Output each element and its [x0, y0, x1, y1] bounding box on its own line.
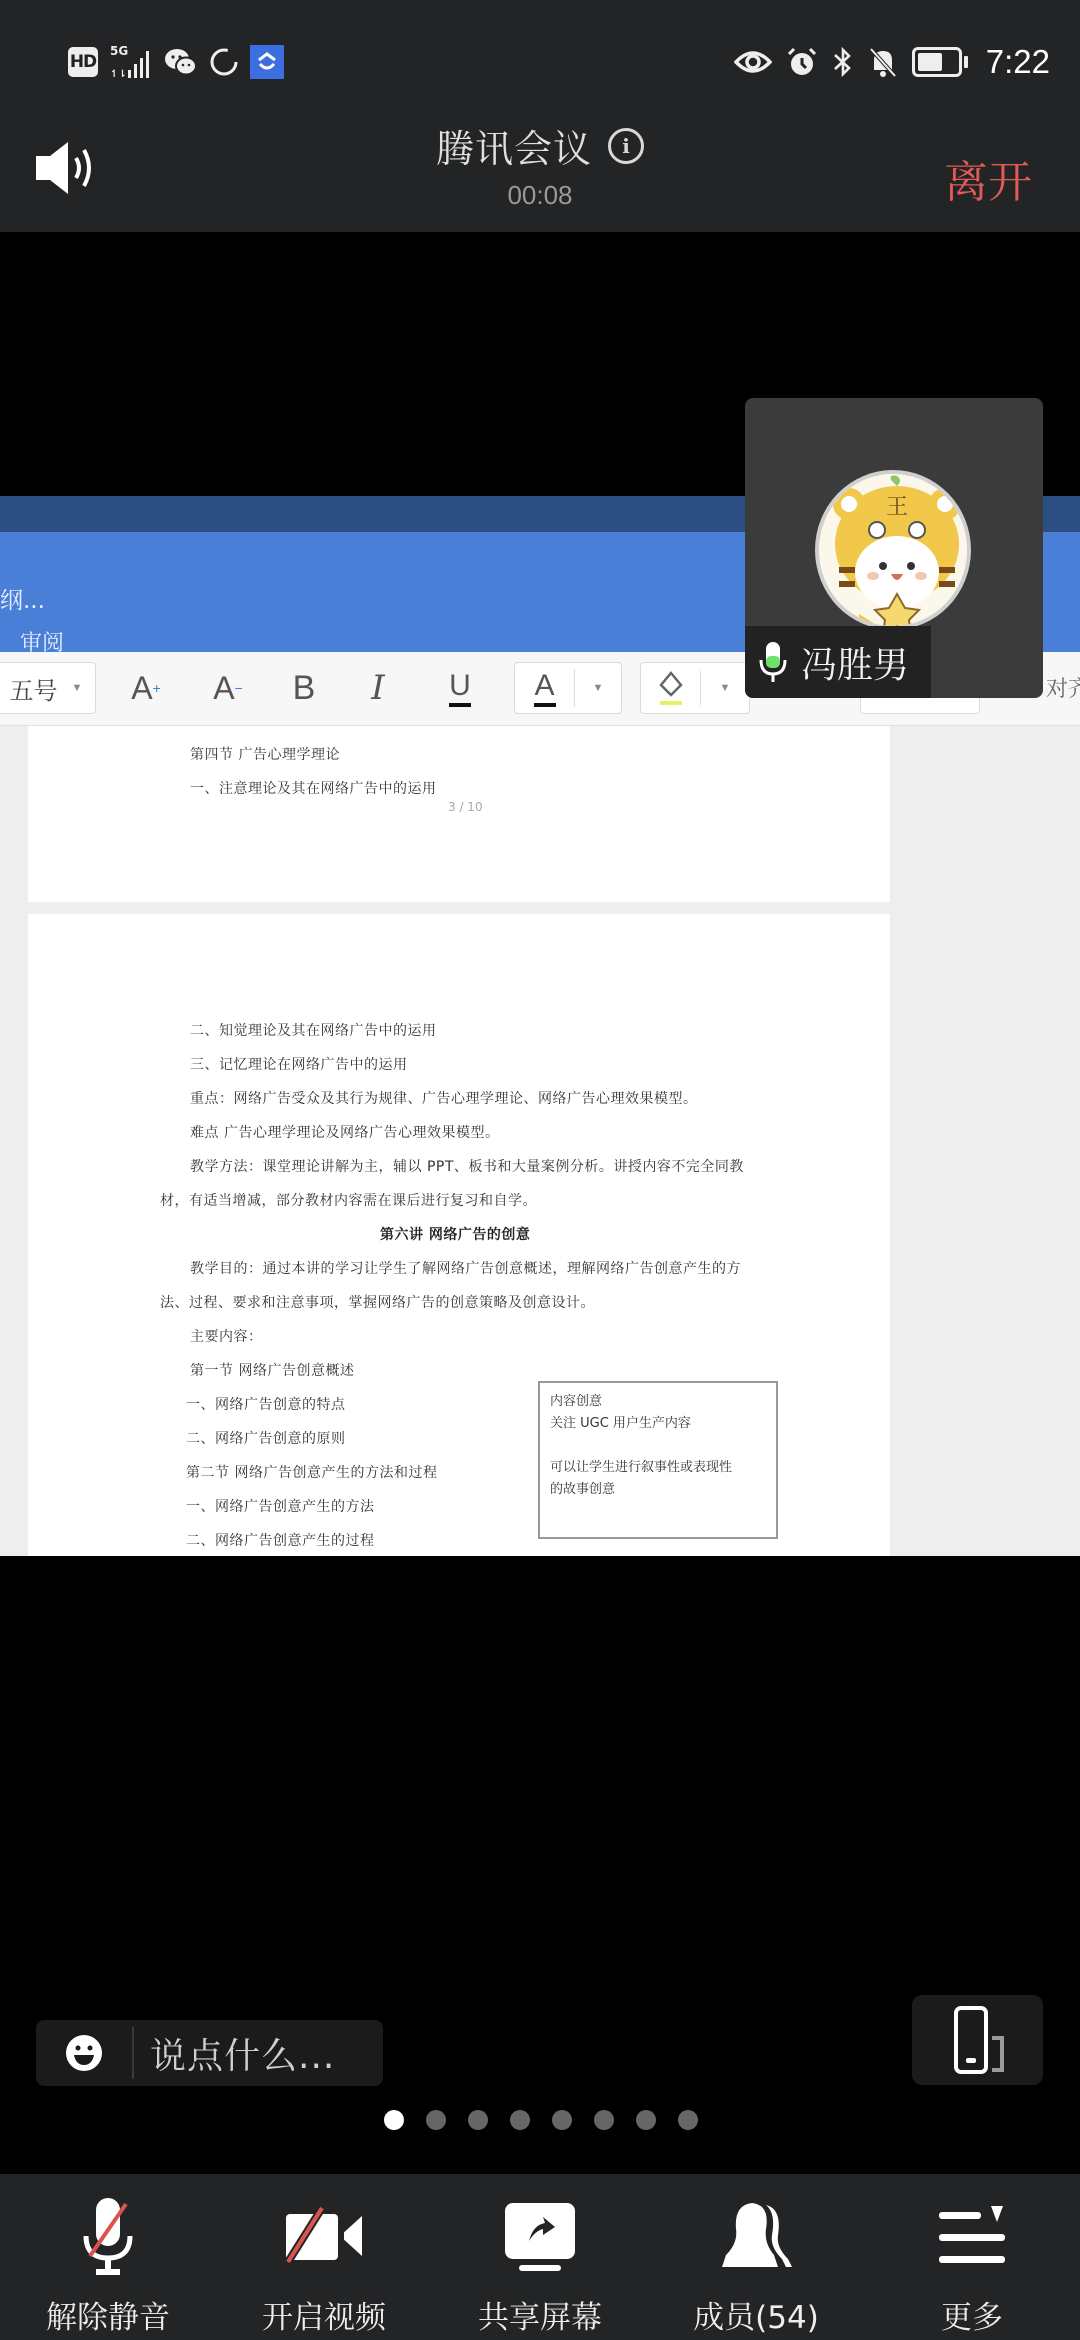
font-size-select: 五号 ▼: [0, 662, 96, 714]
doc-line: 主要内容：: [190, 1326, 263, 1346]
chat-input[interactable]: 说点什么...: [36, 2020, 383, 2086]
doc-line: 材，有适当增减，部分教材内容需在课后进行复习和自学。: [160, 1190, 537, 1210]
avatar: 王: [815, 470, 971, 630]
meeting-title-group: 腾讯会议 i: [0, 118, 1080, 173]
tiger-avatar-icon: 王: [819, 474, 971, 630]
page-dot[interactable]: [510, 2110, 530, 2130]
info-icon[interactable]: i: [608, 128, 644, 164]
svg-text:王: 王: [886, 495, 908, 520]
participant-name: 冯胜男: [801, 637, 909, 688]
doc-line: 一、网络广告创意产生的方法: [186, 1496, 375, 1516]
meeting-timer: 00:08: [0, 180, 1080, 211]
rotate-screen-icon: [940, 2002, 1016, 2078]
top-header: HD 5G ↿⇂: [0, 0, 1080, 232]
italic-icon: I: [364, 662, 392, 714]
bold-icon: B: [288, 662, 320, 714]
comment-line: 的故事创意: [550, 1479, 766, 1501]
participant-tile[interactable]: 王 冯胜男: [745, 398, 1043, 698]
bluetooth-icon: [832, 46, 854, 78]
doc-line: 二、网络广告创意的原则: [186, 1428, 346, 1448]
unmute-label: 解除静音: [46, 2292, 170, 2337]
mic-level-icon: [759, 640, 787, 684]
sync-app-icon: [250, 45, 284, 79]
network-type: 5G: [110, 44, 128, 58]
page-dot[interactable]: [552, 2110, 572, 2130]
eye-icon: [734, 47, 772, 77]
page-indicator: [384, 2110, 698, 2130]
bottom-toolbar: 解除静音 开启视频 共享屏幕: [0, 2174, 1080, 2340]
page-number: 3 / 10: [448, 800, 483, 814]
members-button[interactable]: 成员(54): [648, 2174, 864, 2340]
increase-font-icon: A+: [126, 662, 166, 714]
share-screen-button[interactable]: 共享屏幕: [432, 2174, 648, 2340]
highlight-icon: [641, 671, 701, 705]
page-dot[interactable]: [384, 2110, 404, 2130]
alarm-icon: [786, 46, 818, 78]
comment-line: 可以让学生进行叙事性或表现性: [550, 1457, 766, 1479]
doc-line: 教学目的：通过本讲的学习让学生了解网络广告创意概述，理解网络广告创意产生的方: [190, 1258, 741, 1278]
page-dot[interactable]: [678, 2110, 698, 2130]
chevron-down-icon: ▼: [72, 682, 83, 694]
doc-line: 第二节 网络广告创意产生的方法和过程: [186, 1462, 437, 1482]
doc-line: 法、过程、要求和注意事项，掌握网络广告的创意策略及创意设计。: [160, 1292, 595, 1312]
divider: [132, 2027, 134, 2079]
more-menu-icon: [937, 2204, 1007, 2268]
doc-heading: 第六讲 网络广告的创意: [380, 1224, 530, 1244]
doc-line: 一、注意理论及其在网络广告中的运用: [190, 778, 437, 798]
participant-name-tag: 冯胜男: [745, 626, 931, 698]
doc-line: 第一节 网络广告创意概述: [190, 1360, 354, 1380]
leave-button[interactable]: 离开: [944, 146, 1032, 210]
comment-line: 关注 UGC 用户生产内容: [550, 1413, 766, 1435]
page-dot[interactable]: [426, 2110, 446, 2130]
video-off-icon: [282, 2206, 366, 2266]
more-label: 更多: [941, 2292, 1003, 2337]
chat-placeholder: 说点什么...: [150, 2028, 335, 2079]
chevron-down-icon: ▼: [701, 682, 749, 694]
doc-line: 难点 广告心理学理论及网络广告心理效果模型。: [190, 1122, 499, 1142]
status-bar-left: HD 5G ↿⇂: [68, 40, 284, 84]
font-size-value: 五号: [10, 671, 58, 706]
comment-line: 内容创意: [550, 1391, 766, 1413]
document-page-1: [28, 726, 890, 902]
meeting-title: 腾讯会议: [436, 118, 592, 173]
members-label: 成员(54): [693, 2292, 819, 2337]
clock: 7:22: [986, 43, 1050, 81]
chevron-down-icon: ▼: [575, 682, 621, 694]
loading-ring-icon: [208, 46, 240, 78]
emoji-button[interactable]: [36, 2020, 132, 2086]
share-screen-label: 共享屏幕: [478, 2292, 602, 2337]
page-dot[interactable]: [594, 2110, 614, 2130]
status-bar-right: 7:22: [734, 40, 1050, 84]
mic-muted-icon: [78, 2196, 138, 2276]
document-name: 纲...: [0, 582, 45, 615]
doc-line: 三、记忆理论在网络广告中的运用: [190, 1054, 408, 1074]
underline-icon: U: [440, 662, 480, 714]
members-icon: [716, 2201, 796, 2271]
doc-line: 重点：网络广告受众及其行为规律、广告心理学理论、网络广告心理效果模型。: [190, 1088, 698, 1108]
font-color-button: A ▼: [514, 662, 622, 714]
highlight-button: ▼: [640, 662, 750, 714]
emoji-icon: [64, 2033, 104, 2073]
start-video-button[interactable]: 开启视频: [216, 2174, 432, 2340]
wechat-icon: [164, 47, 198, 77]
font-color-icon: A: [515, 669, 575, 707]
align-label: 对齐: [1046, 672, 1080, 703]
doc-line: 二、网络广告创意产生的过程: [186, 1530, 375, 1550]
doc-line: 二、知觉理论及其在网络广告中的运用: [190, 1020, 437, 1040]
page-dot[interactable]: [468, 2110, 488, 2130]
unmute-button[interactable]: 解除静音: [0, 2174, 216, 2340]
doc-line: 教学方法：课堂理论讲解为主，辅以 PPT、板书和大量案例分析。讲授内容不完全同教: [190, 1156, 744, 1176]
page-separator: [28, 902, 890, 914]
battery-icon: [912, 47, 968, 77]
comment-box: 内容创意 关注 UGC 用户生产内容 可以让学生进行叙事性或表现性 的故事创意: [538, 1381, 778, 1539]
page-dot[interactable]: [636, 2110, 656, 2130]
5g-signal-icon: 5G ↿⇂: [108, 44, 154, 80]
decrease-font-icon: A−: [208, 662, 248, 714]
doc-line: 一、网络广告创意的特点: [186, 1394, 346, 1414]
bell-off-icon: [868, 46, 898, 78]
rotate-screen-button[interactable]: [912, 1995, 1043, 2085]
more-button[interactable]: 更多: [864, 2174, 1080, 2340]
doc-line: 第四节 广告心理学理论: [190, 744, 340, 764]
start-video-label: 开启视频: [262, 2292, 386, 2337]
comment-line: [550, 1435, 766, 1457]
hd-icon: HD: [68, 47, 98, 77]
share-screen-icon: [503, 2201, 577, 2271]
